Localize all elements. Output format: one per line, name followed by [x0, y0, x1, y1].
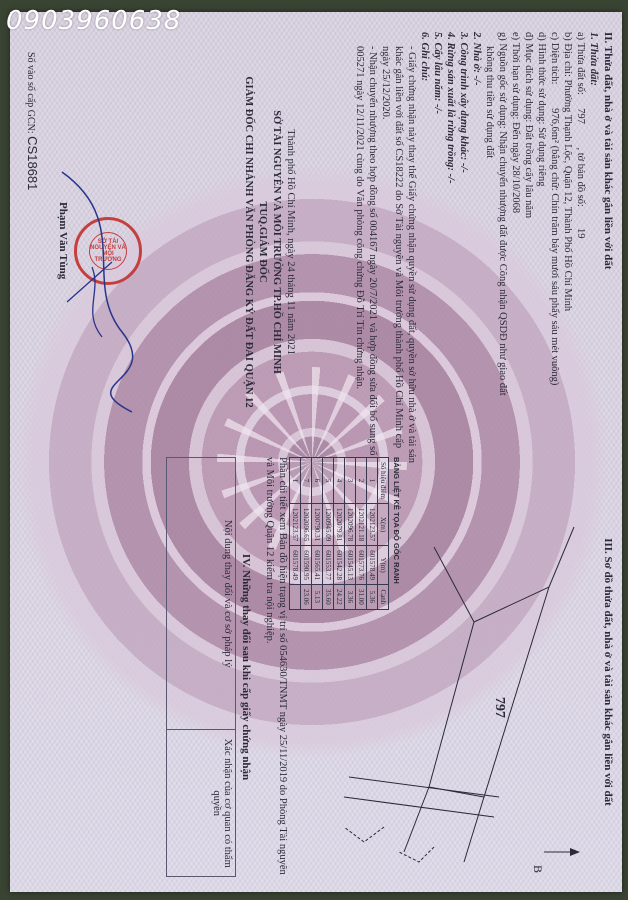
coord-table-caption: BẢNG LIỆT KÊ TỌA ĐỘ GÓC RANH — [392, 457, 401, 584]
on-behalf: TUQ.GIÁM ĐỐC — [255, 52, 269, 432]
coord-cell: 35.60 — [323, 584, 334, 609]
issuing-agency: SỞ TÀI NGUYÊN VÀ MÔI TRƯỜNG TP.HỒ CHÍ MI… — [269, 52, 283, 432]
coord-cell — [290, 584, 301, 609]
coord-cell: 7 — [301, 458, 312, 504]
note-2: - Nhận chuyển nhượng theo hợp đồng số 00… — [353, 32, 379, 466]
coord-cell: 5.36 — [367, 584, 378, 609]
coord-cell: 601578.49 — [290, 546, 301, 585]
purpose-line: đ) Mục đích sử dụng: Đất trồng cây lâu n… — [522, 32, 535, 452]
register-number: CS18681 — [25, 136, 40, 190]
north-arrow-icon — [570, 848, 580, 856]
year-label: năm — [285, 313, 296, 331]
section-2-title: II. Thửa đất, nhà ở và tài sản khác gắn … — [602, 32, 614, 452]
address-line: b) Địa chỉ: Phường Thạnh Lộc, Quận 12, T… — [561, 32, 574, 452]
map-sheet-number: 19 — [575, 228, 586, 239]
area-label: c) Diện tích: — [549, 32, 560, 84]
coord-cell: 601545.13 — [345, 546, 356, 585]
coord-cell: 601590.95 — [301, 546, 312, 585]
coord-cell: 1 — [290, 458, 301, 504]
section-3-title: III. Sơ đồ thửa đất, nhà ở và tài sản kh… — [602, 467, 614, 877]
certificate-register: Số vào sổ cấp GCN: CS18681 — [25, 52, 40, 190]
changes-confirm-header: Xác nhận của cơ quan có thẩm quyền — [167, 730, 236, 877]
coord-cell: 601553.77 — [323, 546, 334, 585]
coord-row: 41202079.81601542.2824.22 — [334, 458, 345, 610]
coord-cell: 5 — [323, 458, 334, 504]
parcel-label: a) Thửa đất số: — [575, 32, 586, 95]
coord-cell: 601542.28 — [334, 546, 345, 585]
changes-content-header: Nội dung thay đổi và cơ sở pháp lý — [167, 458, 236, 730]
coord-cell: 2 — [356, 458, 367, 504]
detail-note: Phần chi tiết xem Bản đồ hiện trạng vị t… — [263, 457, 289, 877]
coord-cell: 24.22 — [334, 584, 345, 609]
coord-cell: 4 — [334, 458, 345, 504]
coord-row: 51200945.09601553.7735.60 — [323, 458, 334, 610]
signer-position: GIÁM ĐỐC CHI NHÁNH VĂN PHÒNG ĐĂNG KÝ ĐẤT… — [241, 52, 255, 432]
map-sheet-label: , tờ bản đồ số: — [575, 147, 586, 207]
other-construction-line: 3. Công trình xây dựng khác: -/- — [457, 32, 470, 452]
area-value: 976,6m² (bằng chữ: Chín trăm bảy mươi sá… — [549, 108, 560, 385]
coord-cell: 3 — [345, 458, 356, 504]
coord-row: 71202096.65601590.9523.06 — [301, 458, 312, 610]
coord-cell: 1 — [367, 458, 378, 504]
coord-row: 11202123.57601578.49 — [290, 458, 301, 610]
signer-name: Phạm Văn Tùng — [57, 202, 69, 279]
coord-header: X(m) — [378, 503, 389, 545]
notes-heading: 6. Ghi chú: — [418, 32, 431, 452]
north-arrow-label: B — [531, 865, 545, 873]
coord-cell: 31.00 — [356, 584, 367, 609]
coord-cell: 1202096.65 — [301, 503, 312, 545]
signature-scribble-icon — [52, 162, 152, 422]
house-line: 2. Nhà ở: -/- — [470, 32, 483, 452]
coord-cell: 1202123.57 — [367, 503, 378, 545]
sign-month: 11 — [285, 300, 296, 310]
section-2: II. Thửa đất, nhà ở và tài sản khác gắn … — [353, 32, 614, 452]
coord-cell: 1200790.31 — [312, 503, 323, 545]
coord-row: 21202121.18601573.7631.00 — [356, 458, 367, 610]
coord-row: 11202123.57601578.495.36 — [367, 458, 378, 610]
phone-watermark: 0903960638 — [6, 6, 181, 36]
coord-row: 31202096.78601545.133.36 — [345, 458, 356, 610]
section-3: III. Sơ đồ thửa đất, nhà ở và tài sản kh… — [602, 467, 614, 877]
land-heading: 1. Thửa đất: — [587, 32, 600, 452]
coord-cell: 1202121.18 — [356, 503, 367, 545]
parcel-outline — [429, 587, 549, 797]
parcel-line: a) Thửa đất số: 797 , tờ bản đồ số: 19 — [574, 32, 587, 452]
coord-cell: 1202123.57 — [290, 503, 301, 545]
usage-form-line: d) Hình thức sử dụng: Sử dụng riêng — [535, 32, 548, 452]
sign-year: 2021 — [285, 334, 296, 355]
origin-line: g) Nguồn gốc sử dụng: Nhận chuyển nhượng… — [496, 32, 509, 452]
register-label: Số vào sổ cấp GCN: — [25, 52, 36, 134]
term-line: e) Thời hạn sử dụng: Đến ngày 28/10/2068 — [509, 32, 522, 452]
production-forest-line: 4. Rừng sản xuất là rừng trồng: -/- — [444, 32, 457, 452]
coord-cell: 3.36 — [345, 584, 356, 609]
section-4-title: IV. Những thay đổi sau khi cấp giấy chứn… — [240, 457, 252, 877]
coord-cell: 5.13 — [312, 584, 323, 609]
coord-cell: 1202096.78 — [345, 503, 356, 545]
coord-cell: 601573.76 — [356, 546, 367, 585]
coord-header: Số hiệu điểm — [378, 458, 389, 504]
coord-header: Y(m) — [378, 546, 389, 585]
coord-cell: 1200945.09 — [323, 503, 334, 545]
parcel-number-label: 797 — [492, 697, 507, 718]
coord-cell: 601565.41 — [312, 546, 323, 585]
note-1: - Giấy chứng nhận này thay thế Giấy chứn… — [379, 32, 418, 466]
signature-block: Thành phố Hồ Chí Minh, ngày 24 tháng 11 … — [241, 52, 297, 432]
changes-table: Nội dung thay đổi và cơ sở pháp lý Xác n… — [166, 457, 236, 877]
sign-day: 24 — [285, 261, 296, 272]
place-date: Thành phố Hồ Chí Minh, ngày 24 tháng 11 … — [283, 52, 297, 432]
coord-cell: 23.06 — [301, 584, 312, 609]
origin-line-cont: không thu tiền sử dụng đất — [483, 32, 496, 452]
coord-row: 61200790.31601565.415.13 — [312, 458, 323, 610]
month-label: tháng — [285, 274, 296, 297]
coord-header: Cạnh — [378, 584, 389, 609]
land-use-certificate-page: II. Thửa đất, nhà ở và tài sản khác gắn … — [10, 12, 622, 892]
perennial-line: 5. Cây lâu năm: -/- — [431, 32, 444, 452]
coord-cell: 601578.49 — [367, 546, 378, 585]
coordinate-table: Số hiệu điểmX(m)Y(m)Cạnh 11202123.576015… — [289, 457, 389, 610]
parcel-number: 797 — [575, 108, 586, 124]
place-date-prefix: Thành phố Hồ Chí Minh, ngày — [285, 129, 296, 259]
coord-cell: 6 — [312, 458, 323, 504]
coord-cell: 1202079.81 — [334, 503, 345, 545]
area-line: c) Diện tích: 976,6m² (bằng chữ: Chín tr… — [548, 32, 561, 452]
